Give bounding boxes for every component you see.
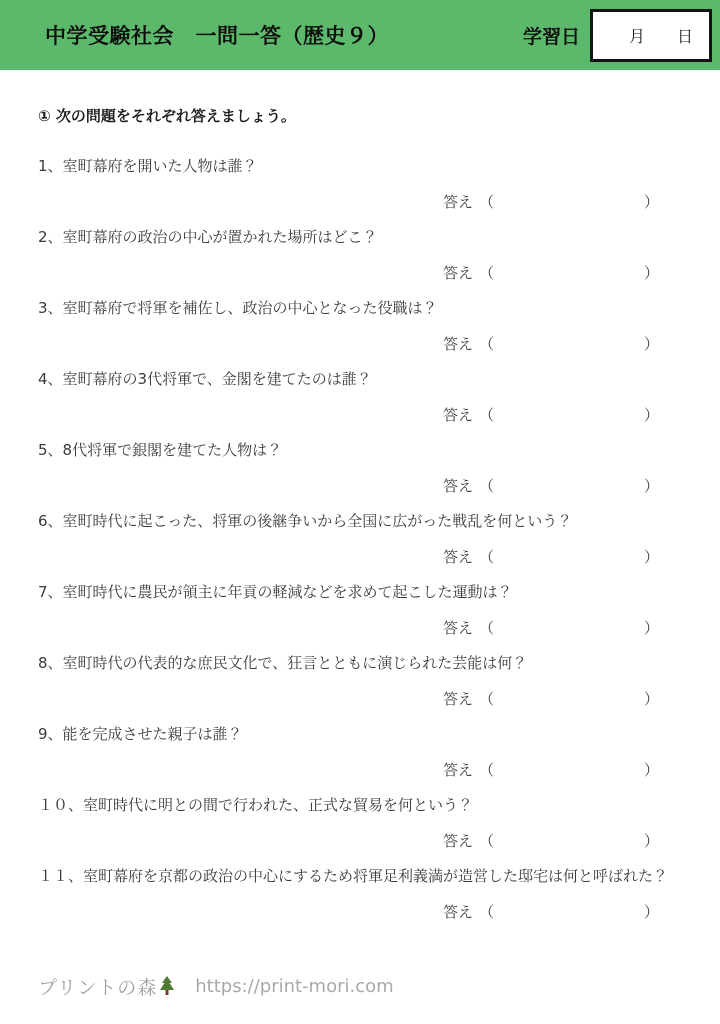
answer-paren-close: ） bbox=[644, 690, 659, 709]
question-text: 6、室町時代に起こった、将軍の後継争いから全国に広がった戦乱を何という？ bbox=[38, 512, 720, 531]
answer-paren-open: （ bbox=[479, 761, 494, 780]
answer-line: 答え （ ） bbox=[443, 761, 720, 780]
answer-line: 答え （ ） bbox=[443, 832, 720, 851]
site-url: https://print-mori.com bbox=[195, 976, 393, 997]
answer-paren-open: （ bbox=[479, 690, 494, 709]
answer-paren-close: ） bbox=[644, 619, 659, 638]
answer-blank[interactable] bbox=[494, 833, 644, 850]
answer-label: 答え bbox=[443, 193, 473, 212]
answer-blank[interactable] bbox=[494, 407, 644, 424]
study-date-area: 学習日 月 日 bbox=[523, 9, 712, 62]
answer-line: 答え （ ） bbox=[443, 264, 720, 283]
answer-label: 答え bbox=[443, 335, 473, 354]
answer-label: 答え bbox=[443, 903, 473, 922]
answer-line: 答え （ ） bbox=[443, 548, 720, 567]
question-text: 7、室町時代に農民が領主に年貢の軽減などを求めて起こした運動は？ bbox=[38, 583, 720, 602]
site-name: プリントの森 bbox=[38, 973, 157, 1000]
answer-line: 答え （ ） bbox=[443, 406, 720, 425]
answer-label: 答え bbox=[443, 406, 473, 425]
questions-list: 1、室町幕府を開いた人物は誰？ 答え （ ） 2、室町幕府の政治の中心が置かれた… bbox=[0, 157, 720, 922]
answer-label: 答え bbox=[443, 548, 473, 567]
question-text: １０、室町時代に明との間で行われた、正式な貿易を何という？ bbox=[38, 796, 720, 815]
answer-paren-close: ） bbox=[644, 406, 659, 425]
answer-blank[interactable] bbox=[494, 904, 644, 921]
answer-paren-open: （ bbox=[479, 548, 494, 567]
worksheet-page: 中学受験社会 一問一答（歴史９） 学習日 月 日 ① 次の問題をそれぞれ答えまし… bbox=[0, 0, 720, 1024]
question-block: 6、室町時代に起こった、将軍の後継争いから全国に広がった戦乱を何という？ 答え … bbox=[0, 512, 720, 567]
answer-paren-close: ） bbox=[644, 761, 659, 780]
answer-blank[interactable] bbox=[494, 265, 644, 282]
answer-line: 答え （ ） bbox=[443, 335, 720, 354]
instruction-heading: ① 次の問題をそれぞれ答えましょう。 bbox=[38, 107, 720, 126]
question-text: 2、室町幕府の政治の中心が置かれた場所はどこ？ bbox=[38, 228, 720, 247]
answer-paren-close: ） bbox=[644, 548, 659, 567]
answer-paren-open: （ bbox=[479, 903, 494, 922]
question-text: 3、室町幕府で将軍を補佐し、政治の中心となった役職は？ bbox=[38, 299, 720, 318]
question-block: 8、室町時代の代表的な庶民文化で、狂言とともに演じられた芸能は何？ 答え （ ） bbox=[0, 654, 720, 709]
answer-paren-close: ） bbox=[644, 335, 659, 354]
question-text: 4、室町幕府の3代将軍で、金閣を建てたのは誰？ bbox=[38, 370, 720, 389]
answer-blank[interactable] bbox=[494, 336, 644, 353]
answer-blank[interactable] bbox=[494, 549, 644, 566]
answer-paren-close: ） bbox=[644, 903, 659, 922]
question-block: 1、室町幕府を開いた人物は誰？ 答え （ ） bbox=[0, 157, 720, 212]
answer-line: 答え （ ） bbox=[443, 193, 720, 212]
answer-line: 答え （ ） bbox=[443, 690, 720, 709]
answer-line: 答え （ ） bbox=[443, 477, 720, 496]
question-text: 1、室町幕府を開いた人物は誰？ bbox=[38, 157, 720, 176]
question-text: 8、室町時代の代表的な庶民文化で、狂言とともに演じられた芸能は何？ bbox=[38, 654, 720, 673]
question-text: 9、能を完成させた親子は誰？ bbox=[38, 725, 720, 744]
answer-paren-open: （ bbox=[479, 335, 494, 354]
answer-line: 答え （ ） bbox=[443, 619, 720, 638]
header-band: 中学受験社会 一問一答（歴史９） 学習日 月 日 bbox=[0, 0, 720, 70]
answer-label: 答え bbox=[443, 477, 473, 496]
question-block: 7、室町時代に農民が領主に年貢の軽減などを求めて起こした運動は？ 答え （ ） bbox=[0, 583, 720, 638]
answer-paren-close: ） bbox=[644, 193, 659, 212]
answer-paren-open: （ bbox=[479, 832, 494, 851]
question-block: １１、室町幕府を京都の政治の中心にするため将軍足利義満が造営した邸宅は何と呼ばれ… bbox=[0, 867, 720, 922]
question-block: 5、8代将軍で銀閣を建てた人物は？ 答え （ ） bbox=[0, 441, 720, 496]
study-date-label: 学習日 bbox=[523, 22, 580, 49]
footer: プリントの森 https://print-mori.com bbox=[38, 973, 394, 1000]
answer-label: 答え bbox=[443, 832, 473, 851]
question-text: 5、8代将軍で銀閣を建てた人物は？ bbox=[38, 441, 720, 460]
tree-icon bbox=[159, 976, 175, 1000]
answer-blank[interactable] bbox=[494, 194, 644, 211]
answer-blank[interactable] bbox=[494, 762, 644, 779]
answer-blank[interactable] bbox=[494, 478, 644, 495]
answer-blank[interactable] bbox=[494, 691, 644, 708]
answer-paren-close: ） bbox=[644, 477, 659, 496]
month-label: 月 bbox=[629, 24, 645, 47]
answer-label: 答え bbox=[443, 690, 473, 709]
answer-paren-open: （ bbox=[479, 193, 494, 212]
answer-paren-open: （ bbox=[479, 406, 494, 425]
question-text: １１、室町幕府を京都の政治の中心にするため将軍足利義満が造営した邸宅は何と呼ばれ… bbox=[38, 867, 720, 886]
question-block: 4、室町幕府の3代将軍で、金閣を建てたのは誰？ 答え （ ） bbox=[0, 370, 720, 425]
answer-paren-close: ） bbox=[644, 264, 659, 283]
answer-blank[interactable] bbox=[494, 620, 644, 637]
date-entry-box[interactable]: 月 日 bbox=[590, 9, 712, 62]
answer-paren-open: （ bbox=[479, 619, 494, 638]
answer-line: 答え （ ） bbox=[443, 903, 720, 922]
answer-label: 答え bbox=[443, 619, 473, 638]
question-block: １０、室町時代に明との間で行われた、正式な貿易を何という？ 答え （ ） bbox=[0, 796, 720, 851]
day-label: 日 bbox=[677, 24, 693, 47]
answer-paren-close: ） bbox=[644, 832, 659, 851]
question-block: 2、室町幕府の政治の中心が置かれた場所はどこ？ 答え （ ） bbox=[0, 228, 720, 283]
question-block: 9、能を完成させた親子は誰？ 答え （ ） bbox=[0, 725, 720, 780]
answer-label: 答え bbox=[443, 264, 473, 283]
answer-paren-open: （ bbox=[479, 477, 494, 496]
answer-label: 答え bbox=[443, 761, 473, 780]
page-title: 中学受験社会 一問一答（歴史９） bbox=[45, 20, 389, 50]
answer-paren-open: （ bbox=[479, 264, 494, 283]
question-block: 3、室町幕府で将軍を補佐し、政治の中心となった役職は？ 答え （ ） bbox=[0, 299, 720, 354]
